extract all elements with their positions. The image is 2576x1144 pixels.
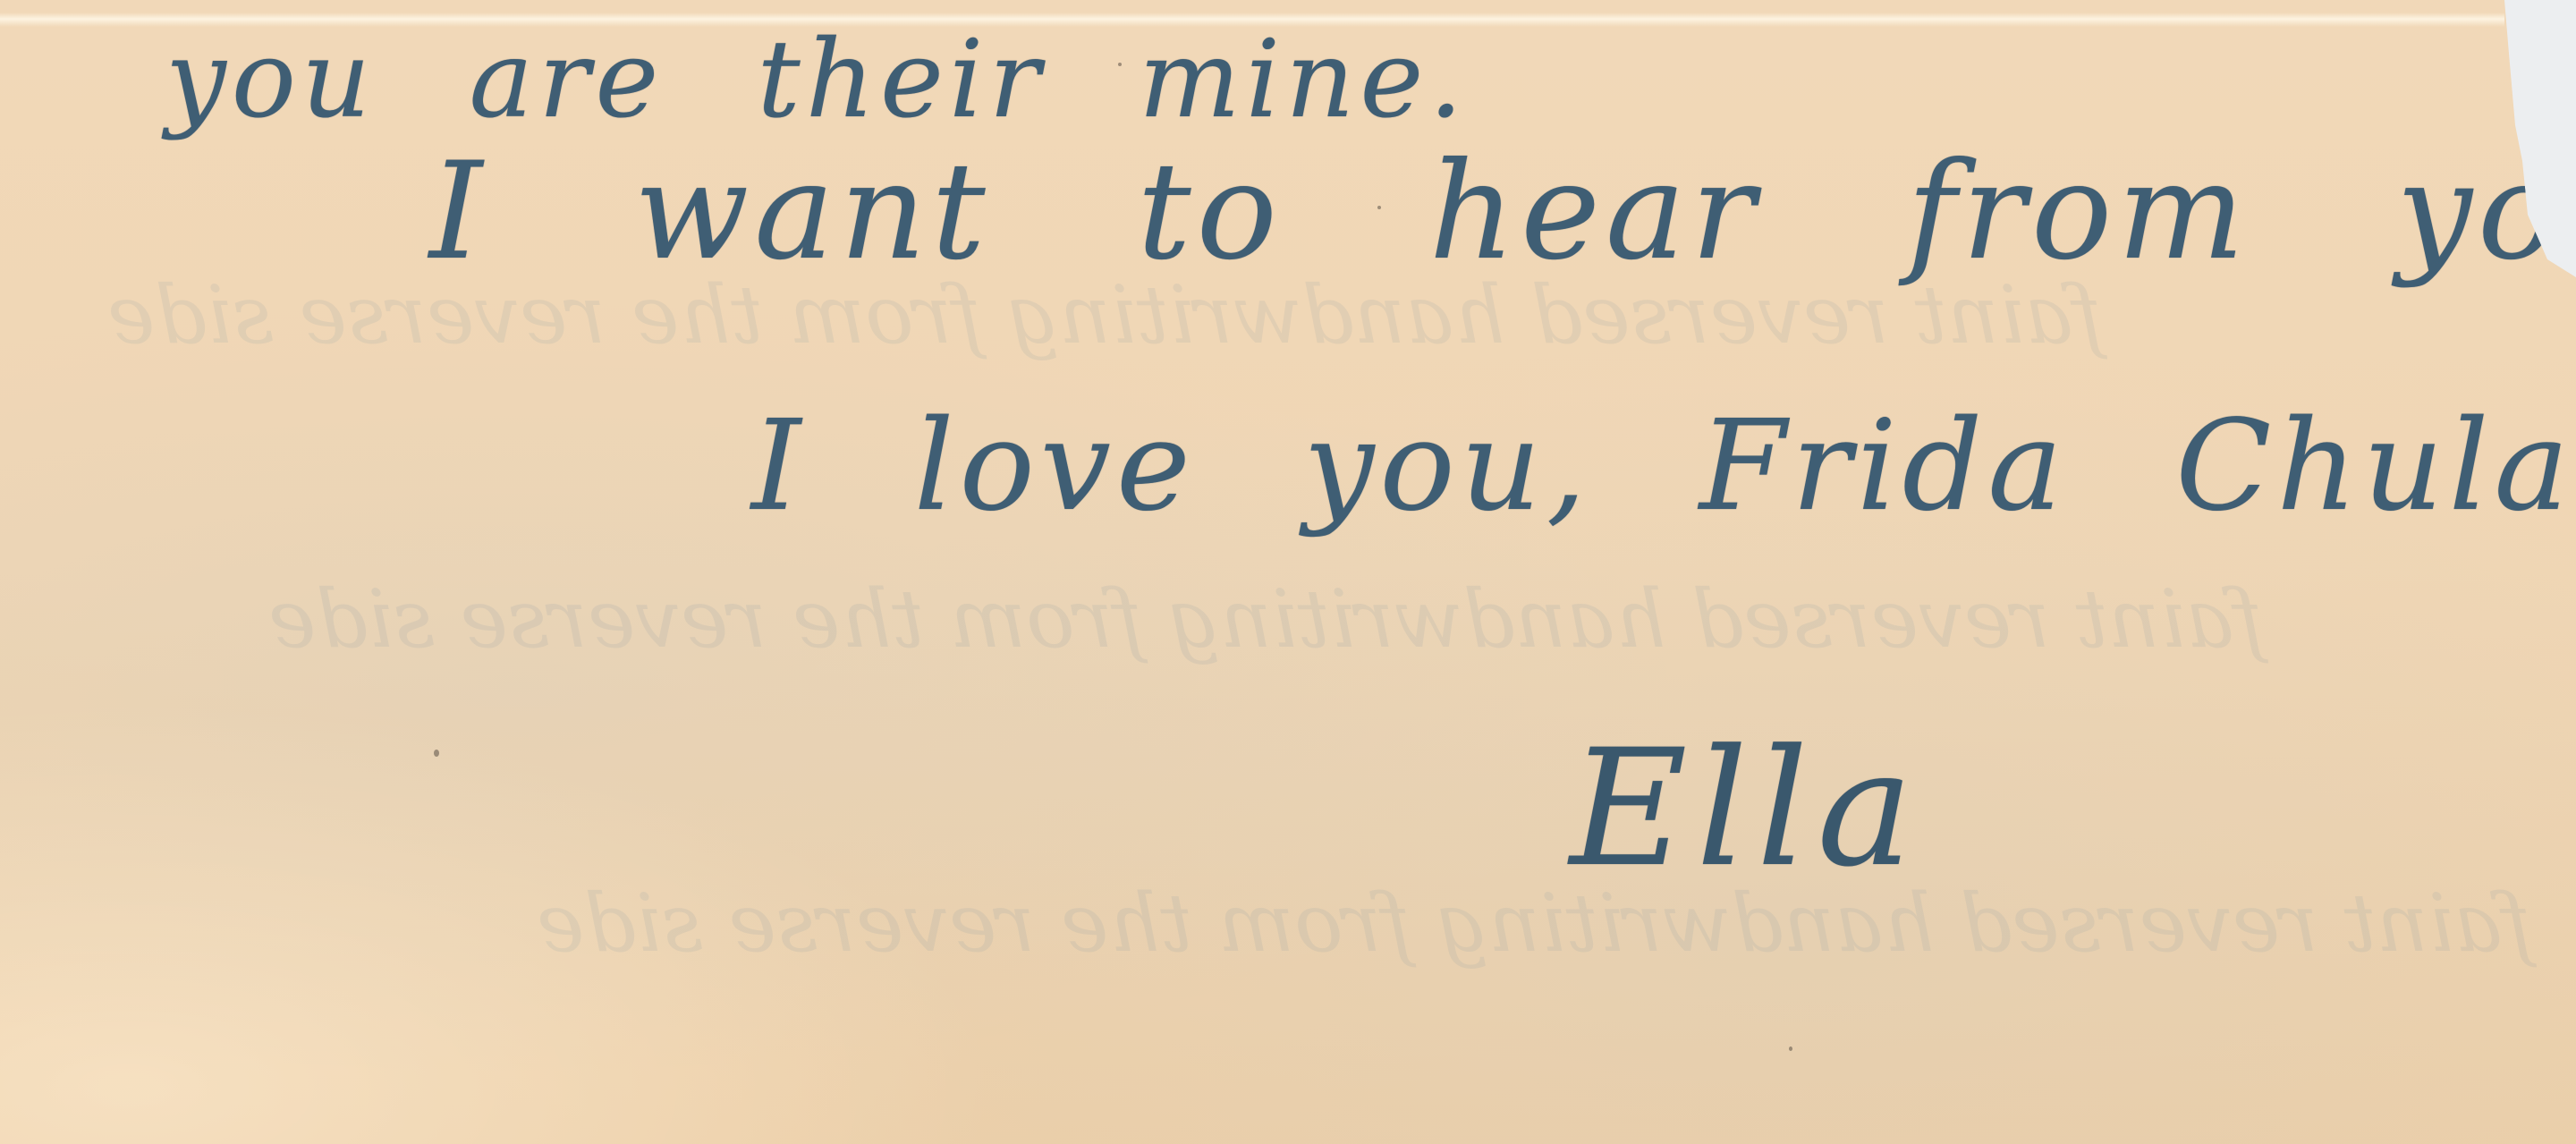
paper-speck <box>434 750 439 757</box>
handwritten-line: you are their mine. <box>165 18 1469 142</box>
signature: Ella <box>1570 716 1922 902</box>
paper-sheet: faint reversed handwriting from the reve… <box>0 0 2576 1144</box>
bleed-through-text: faint reversed handwriting from the reve… <box>537 877 2532 970</box>
bleed-through-text: faint reversed handwriting from the reve… <box>268 572 2264 666</box>
letter-scan: faint reversed handwriting from the reve… <box>0 0 2576 1144</box>
handwritten-line: I want to hear from you. <box>429 134 2576 290</box>
paper-speck <box>1789 1047 1792 1051</box>
handwritten-line: I love you, Frida Chula <box>751 394 2574 539</box>
paper-speck <box>1118 63 1122 66</box>
paper-speck <box>1377 206 1381 209</box>
